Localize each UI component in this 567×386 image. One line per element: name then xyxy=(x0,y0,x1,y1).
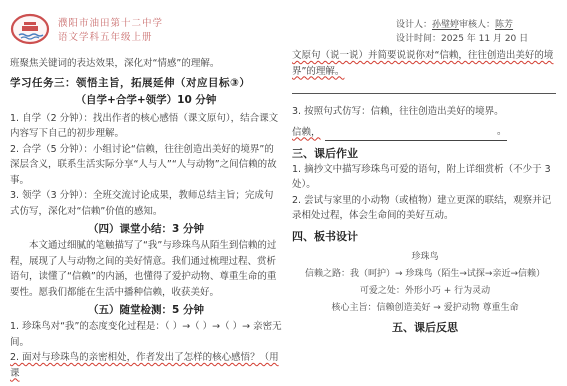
quiz-item-1: 1. 珍珠鸟对“我”的态度变化过程是：（ ）→（ ）→（ ）→ 亲密无间。 xyxy=(10,319,282,350)
reflection-heading: 五、课后反思 xyxy=(292,319,558,336)
school-name: 濮阳市油田第十二中学 语文学科五年级上册 xyxy=(58,17,163,45)
fill-in-blank-line: 信赖， 。 xyxy=(292,124,558,141)
continuation-paragraph: 文原句（说一说）并简要说说你对“信赖，往往创造出美好的境界”的理解。 xyxy=(292,48,558,79)
homework-item-1: 1. 摘抄文中描写珍珠鸟可爱的语句，附上详细赏析（不少于 3 处）。 xyxy=(292,162,558,193)
summary-paragraph: 本文通过细腻的笔触描写了“我”与珍珠鸟从陌生到信赖的过程，展现了人与动物之间的美… xyxy=(10,238,282,300)
task-item-3: 3. 领学（3 分钟）：全班交流讨论成果，教师总结主旨；完成句式仿写，深化对“信… xyxy=(10,188,282,219)
board-line-2: 可爱之处：外形小巧 + 行为灵动 xyxy=(292,283,558,300)
quiz-item-2-text: 2. 面对与珍珠鸟的亲密相处，作者发出了怎样的核心感悟？（用课 xyxy=(10,352,279,379)
designer-line: 设计人：孙璧婷审核人：陈芳 xyxy=(396,18,558,32)
continuation-text: 文原句（说一说）并简要说说你对“信赖，往往创造出美好的境界”的理解。 xyxy=(292,50,553,77)
reviewer-label: 审核人： xyxy=(459,20,495,30)
date-label: 设计时间： xyxy=(396,34,441,44)
design-date-line: 设计时间：2025 年 11 月 20 日 xyxy=(396,32,558,46)
school-badge-icon xyxy=(10,13,50,49)
task-item-2: 2. 合学（5 分钟）：小组讨论“信赖，往往创造出美好的境界”的深层含义，联系生… xyxy=(10,142,282,189)
school-name-line1: 濮阳市油田第十二中学 xyxy=(58,18,163,29)
fill-prefix: 信赖， xyxy=(292,125,321,141)
board-design-heading: 四、板书设计 xyxy=(292,228,558,245)
imitation-item: 3. 按照句式仿写：信赖，往往创造出美好的境界。 xyxy=(292,104,558,120)
design-meta: 设计人：孙璧婷审核人：陈芳 设计时间：2025 年 11 月 20 日 xyxy=(396,18,558,46)
left-column: 濮阳市油田第十二中学 语文学科五年级上册 班聚焦关键词的表达效果，深化对“情感”… xyxy=(10,0,282,381)
reviewer-name: 陈芳 xyxy=(495,20,513,30)
board-line-3: 核心主旨：信赖创造美好 → 爱护动物 尊重生命 xyxy=(292,300,558,317)
board-title: 珍珠鸟 xyxy=(292,249,558,266)
task-subheading: （自学+合学+领学）10 分钟 xyxy=(10,92,282,109)
right-column: 设计人：孙璧婷审核人：陈芳 设计时间：2025 年 11 月 20 日 文原句（… xyxy=(292,0,558,336)
section-divider xyxy=(292,93,556,94)
quiz-heading: （五）随堂检测：5 分钟 xyxy=(10,302,282,319)
designer-name: 孙璧婷 xyxy=(432,20,459,30)
designer-label: 设计人： xyxy=(396,20,432,30)
lesson-plan-document: 濮阳市油田第十二中学 语文学科五年级上册 班聚焦关键词的表达效果，深化对“情感”… xyxy=(0,0,567,386)
summary-heading: （四）课堂小结：3 分钟 xyxy=(10,221,282,238)
board-line-1: 信赖之路：我（呵护）→ 珍珠鸟（陌生→试探→亲近→信赖） xyxy=(292,266,558,283)
quiz-item-2: 2. 面对与珍珠鸟的亲密相处，作者发出了怎样的核心感悟？（用课 xyxy=(10,350,282,381)
task-item-1: 1. 自学（2 分钟）：找出作者的核心感悟（课文原句），结合课文内容写下自己的初… xyxy=(10,111,282,142)
school-header: 濮阳市油田第十二中学 语文学科五年级上册 xyxy=(10,12,282,50)
homework-heading: 三、课后作业 xyxy=(292,145,558,162)
homework-item-2: 2. 尝试与家里的小动物（或植物）建立更深的联结，观察并记录相处过程，体会生命间… xyxy=(292,193,558,224)
school-name-line2: 语文学科五年级上册 xyxy=(58,32,153,43)
task-heading: 学习任务三：领悟主旨，拓展延伸（对应目标③） xyxy=(10,75,282,92)
answer-blank: 。 xyxy=(325,124,507,141)
date-value: 2025 年 11 月 20 日 xyxy=(441,34,528,44)
fill-suffix: 。 xyxy=(497,126,507,137)
intro-line: 班聚焦关键词的表达效果，深化对“情感”的理解。 xyxy=(10,56,282,72)
